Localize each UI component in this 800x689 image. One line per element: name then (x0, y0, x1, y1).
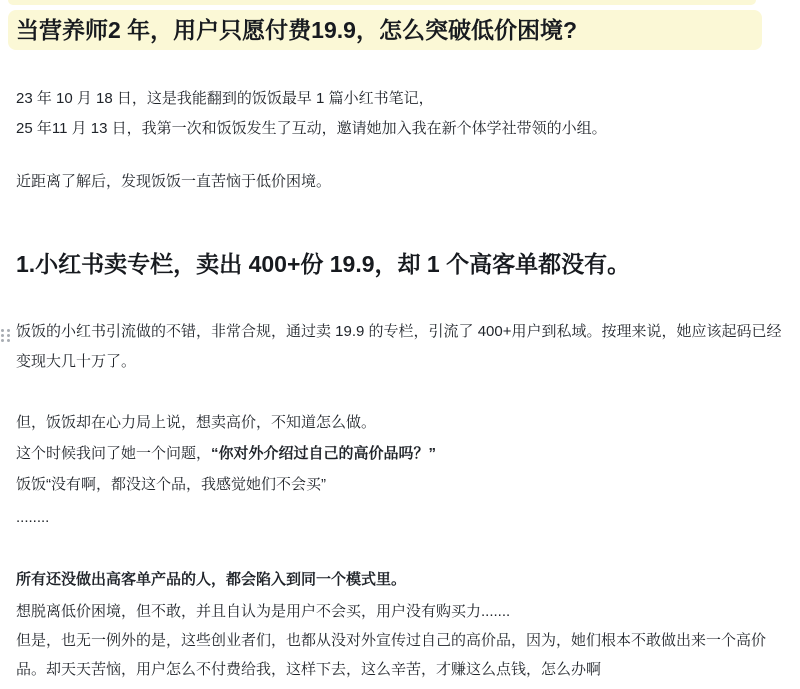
paragraph-intro[interactable]: 23 年 10 月 18 日，这是我能翻到的饭饭最早 1 篇小红书笔记， 25 … (16, 84, 790, 144)
paragraph-line[interactable]: 想脱离低价困境，但不敢，并且自认为是用户不会买，用户没有购买力....... (16, 597, 790, 627)
doc-title-highlight[interactable]: 当营养师2 年，用户只愿付费19.9，怎么突破低价困境? (8, 10, 762, 50)
paragraph-line[interactable]: 这个时候我问了她一个问题，“你对外介绍过自己的高价品吗？” (16, 439, 790, 469)
paragraph-line[interactable]: 饭饭的小红书引流做的不错，非常合规，通过卖 19.9 的专栏，引流了 400+用… (16, 317, 790, 347)
paragraph-line[interactable]: 所有还没做出高客单产品的人，都会陷入到同一个模式里。 (16, 565, 790, 595)
paragraph-pattern[interactable]: 所有还没做出高客单产品的人，都会陷入到同一个模式里。 (16, 565, 790, 595)
paragraph-line[interactable]: 饭饭“没有啊，都没这个品，我感觉她们不会买” (16, 470, 790, 500)
paragraph-observation[interactable]: 近距离了解后，发现饭饭一直苦恼于低价困境。 (16, 167, 790, 197)
paragraph-line[interactable]: 23 年 10 月 18 日，这是我能翻到的饭饭最早 1 篇小红书笔记， (16, 84, 790, 114)
paragraph-line[interactable]: 近距离了解后，发现饭饭一直苦恼于低价困境。 (16, 167, 790, 197)
paragraph-line[interactable]: 品。却天天苦恼，用户怎么不付费给我，这样下去，这么辛苦，才赚这么点钱，怎么办啊 (16, 655, 790, 684)
question-prefix: 这个时候我问了她一个问题， (16, 445, 211, 462)
previous-highlight-strip (8, 0, 756, 5)
paragraph-but[interactable]: 但，饭饭却在心力局上说，想卖高价，不知道怎么做。 (16, 408, 790, 438)
paragraph-line[interactable]: 25 年11 月 13 日，我第一次和饭饭发生了互动，邀请她加入我在新个体学社带… (16, 114, 790, 144)
question-bold-quote: “你对外介绍过自己的高价品吗？” (211, 445, 436, 462)
paragraph-traffic[interactable]: 饭饭的小红书引流做的不错，非常合规，通过卖 19.9 的专栏，引流了 400+用… (16, 317, 790, 377)
paragraph-question[interactable]: 这个时候我问了她一个问题，“你对外介绍过自己的高价品吗？” (16, 439, 790, 469)
paragraph-final[interactable]: 但是，也无一例外的是，这些创业者们，也都从没对外宣传过自己的高价品，因为，她们根… (16, 626, 790, 684)
paragraph-line[interactable]: ........ (16, 503, 790, 533)
document-page: { "page": { "background": "#ffffff", "te… (0, 0, 800, 689)
section-heading[interactable]: 1.小红书卖专栏，卖出 400+份 19.9，却 1 个高客单都没有。 (16, 244, 790, 284)
drag-handle-icon[interactable] (1, 329, 12, 343)
paragraph-line[interactable]: 但是，也无一例外的是，这些创业者们，也都从没对外宣传过自己的高价品，因为，她们根… (16, 626, 790, 655)
paragraph-line[interactable]: 但，饭饭却在心力局上说，想卖高价，不知道怎么做。 (16, 408, 790, 438)
paragraph-ellipsis[interactable]: ........ (16, 503, 790, 533)
paragraph-answer[interactable]: 饭饭“没有啊，都没这个品，我感觉她们不会买” (16, 470, 790, 500)
paragraph-line[interactable]: 变现大几十万了。 (16, 347, 790, 377)
doc-title[interactable]: 当营养师2 年，用户只愿付费19.9，怎么突破低价困境? (8, 10, 762, 50)
paragraph-escape[interactable]: 想脱离低价困境，但不敢，并且自认为是用户不会买，用户没有购买力....... (16, 597, 790, 627)
